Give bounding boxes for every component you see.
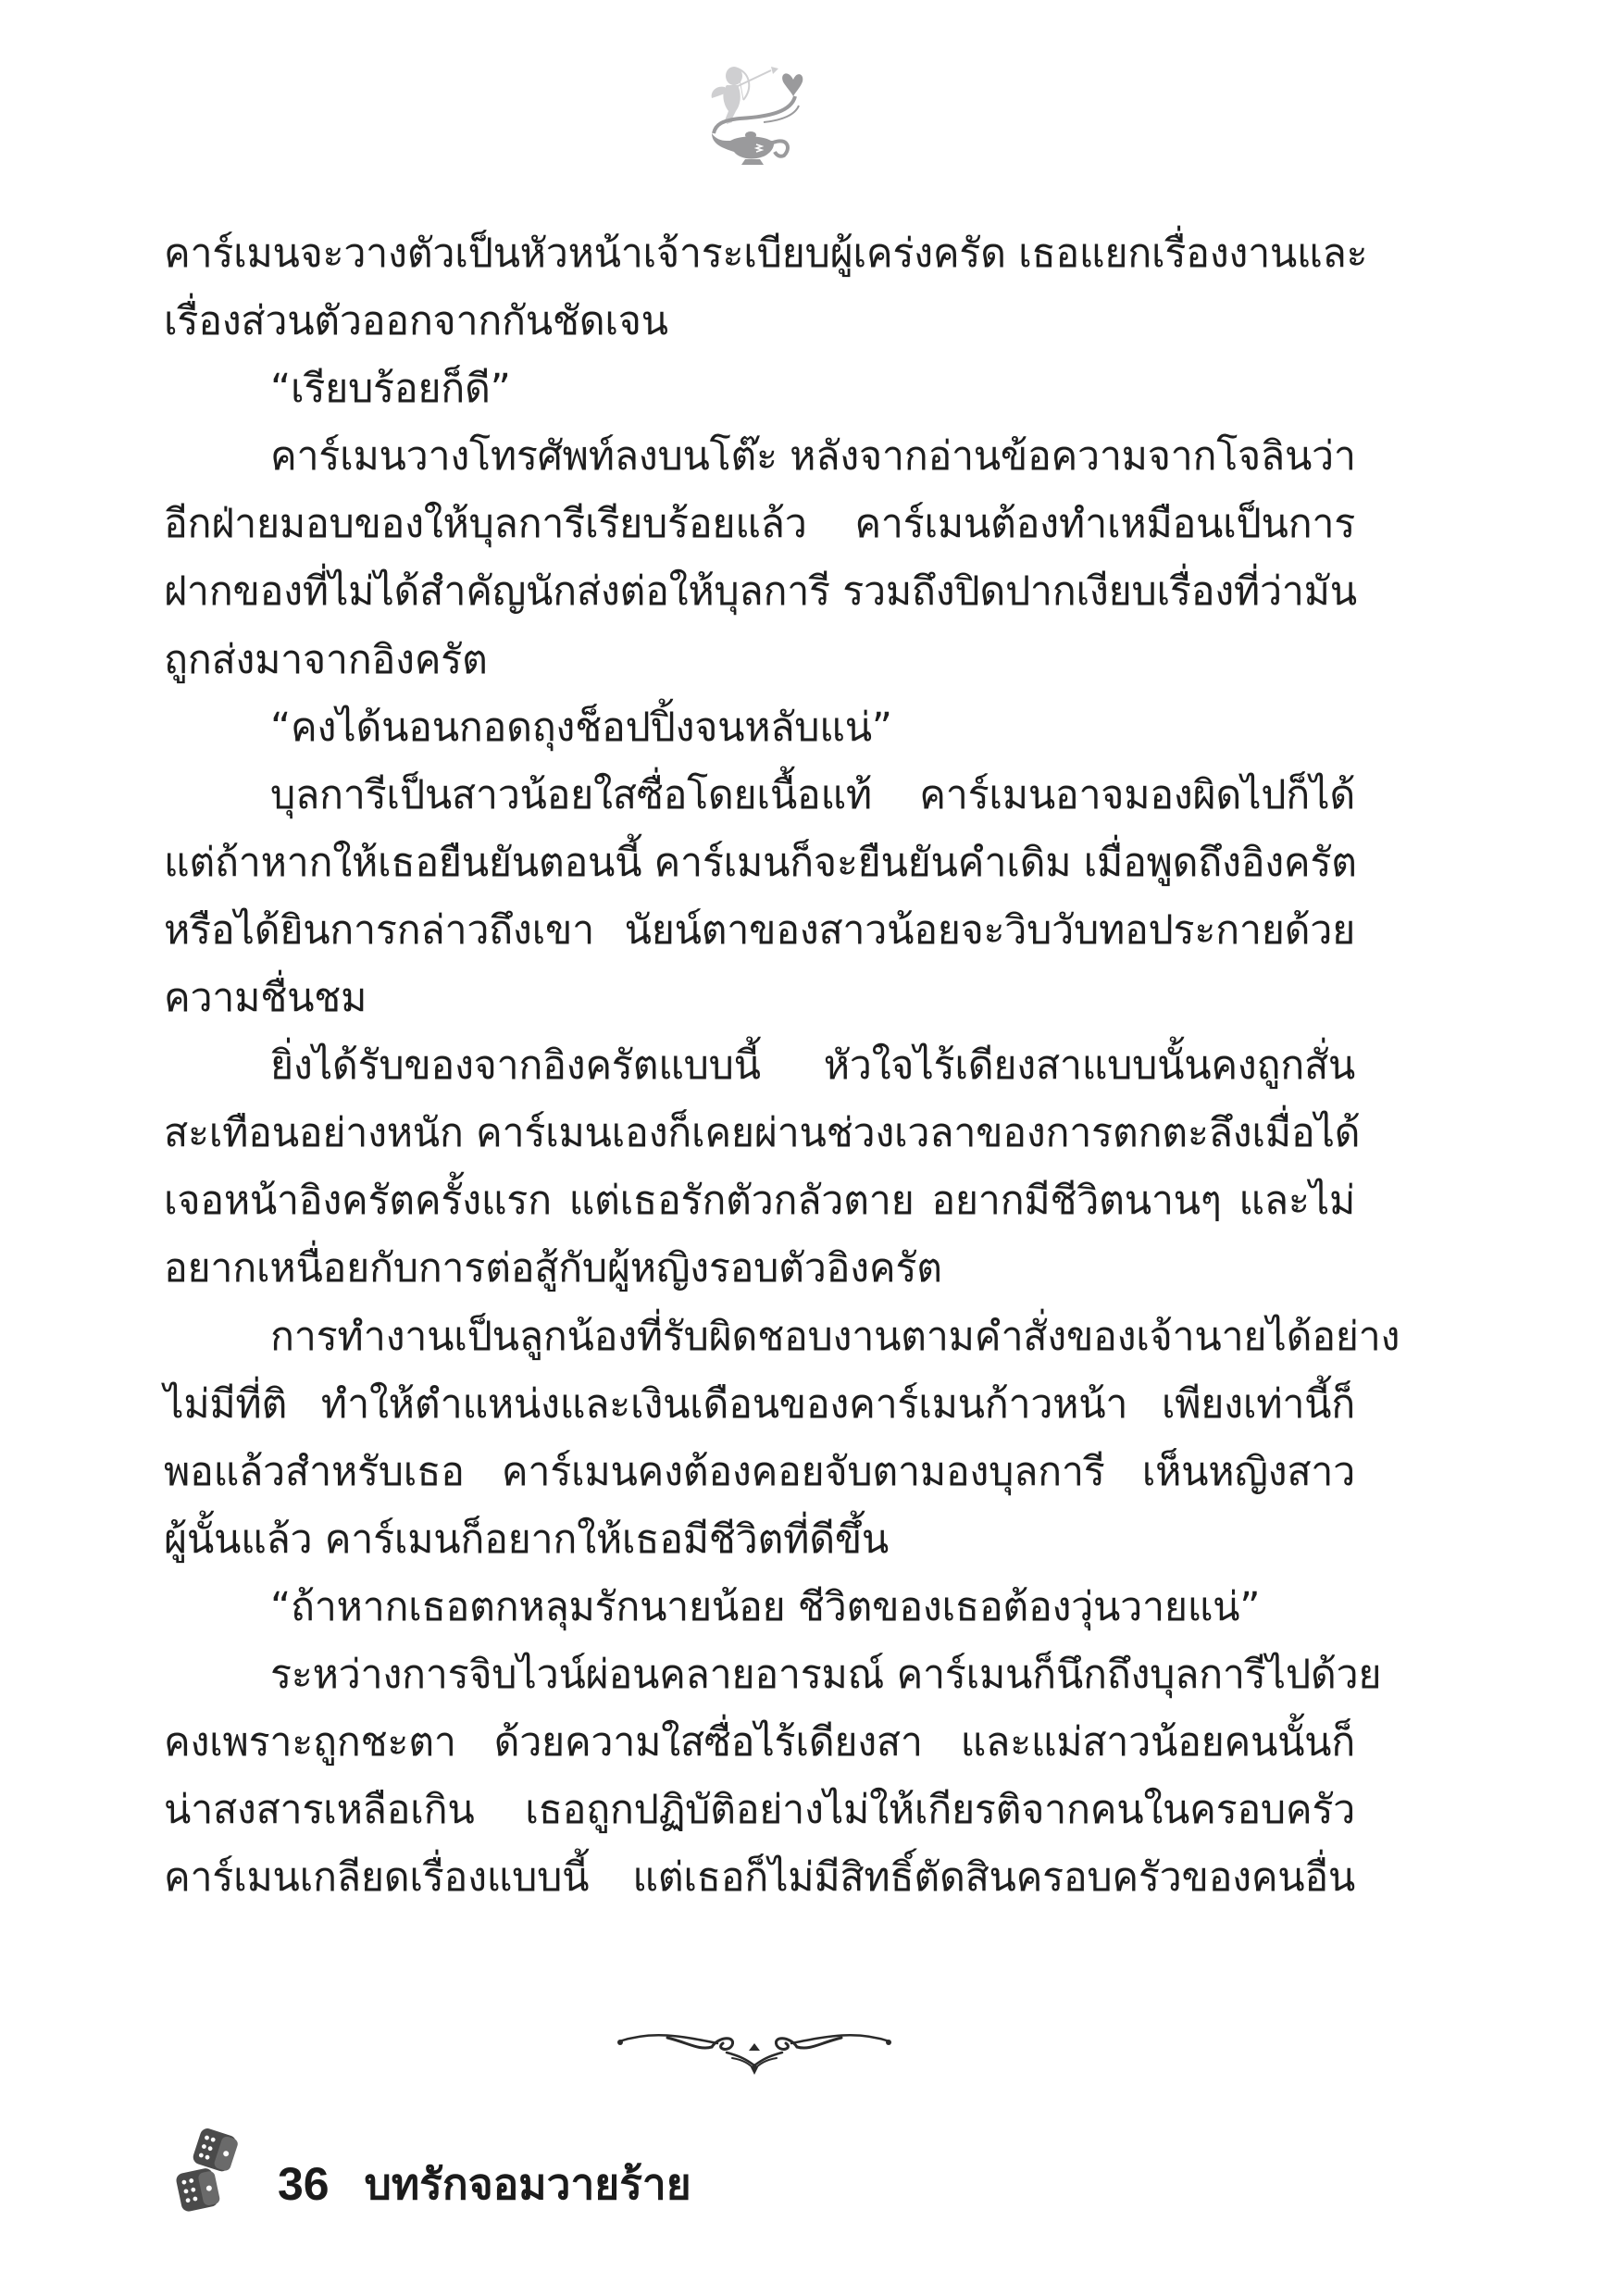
text-line: อยากเหนื่อยกับการต่อสู้กับผู้หญิงรอบตัวอ… [164,1235,1355,1303]
text-line: แต่ถ้าหากให้เธอยืนยันตอนนี้ คาร์เมนก็จะย… [164,830,1355,897]
body-text: คาร์เมนจะวางตัวเป็นหัวหน้าเจ้าระเบียบผู้… [164,220,1355,1912]
text-line: การทำงานเป็นลูกน้องที่รับผิดชอบงานตามคำส… [164,1304,1355,1371]
text-line: บุลการีเป็นสาวน้อยใสซื่อโดยเนื้อแท้ คาร์… [164,762,1355,830]
text-line: ยิ่งได้รับของจากอิงครัตแบบนี้ หัวใจไร้เด… [164,1032,1355,1100]
text-line: เรื่องส่วนตัวออกจากกันชัดเจน [164,288,1355,356]
text-line: หรือได้ยินการกล่าวถึงเขา นัยน์ตาของสาวน้… [164,897,1355,965]
text-line: ไม่มีที่ติ ทำให้ตำแหน่งและเงินเดือนของคา… [164,1371,1355,1439]
page-number: 36 [278,2157,330,2211]
text-line: ผู้นั้นแล้ว คาร์เมนก็อยากให้เธอมีชีวิตที… [164,1506,1355,1574]
text-line: “เรียบร้อยก็ดี” [164,356,1355,423]
text-line: น่าสงสารเหลือเกิน เธอถูกปฏิบัติอย่างไม่ใ… [164,1777,1355,1844]
book-title: บทรักจอมวายร้าย [365,2151,691,2218]
book-page: คาร์เมนจะวางตัวเป็นหัวหน้าเจ้าระเบียบผู้… [0,0,1618,2296]
flourish-divider-icon [616,2023,893,2078]
text-line: เจอหน้าอิงครัตครั้งแรก แต่เธอรักตัวกลัวต… [164,1167,1355,1235]
text-line: “ถ้าหากเธอตกหลุมรักนายน้อย ชีวิตของเธอต้… [164,1574,1355,1641]
text-line: คาร์เมนจะวางตัวเป็นหัวหน้าเจ้าระเบียบผู้… [164,220,1355,288]
page-footer: 36 บทรักจอมวายร้าย [171,2125,691,2227]
dice-icon [171,2125,250,2227]
text-line: คาร์เมนเกลียดเรื่องแบบนี้ แต่เธอก็ไม่มีส… [164,1844,1355,1912]
text-line: ถูกส่งมาจากอิงครัต [164,627,1355,694]
text-line: ระหว่างการจิบไวน์ผ่อนคลายอารมณ์ คาร์เมนก… [164,1641,1355,1709]
text-line: สะเทือนอย่างหนัก คาร์เมนเองก็เคยผ่านช่วง… [164,1100,1355,1167]
text-line: คงเพราะถูกชะตา ด้วยความใสซื่อไร้เดียงสา … [164,1709,1355,1777]
text-line: อีกฝ่ายมอบของให้บุลการีเรียบร้อยแล้ว คาร… [164,491,1355,558]
text-line: พอแล้วสำหรับเธอ คาร์เมนคงต้องคอยจับตามอง… [164,1439,1355,1506]
text-line: ความชื่นชม [164,965,1355,1032]
teapot-cupid-ornament-icon [699,56,815,167]
text-line: คาร์เมนวางโทรศัพท์ลงบนโต๊ะ หลังจากอ่านข้… [164,423,1355,491]
text-line: “คงได้นอนกอดถุงช็อปปิ้งจนหลับแน่” [164,694,1355,762]
text-line: ฝากของที่ไม่ได้สำคัญนักส่งต่อให้บุลการี … [164,558,1355,626]
